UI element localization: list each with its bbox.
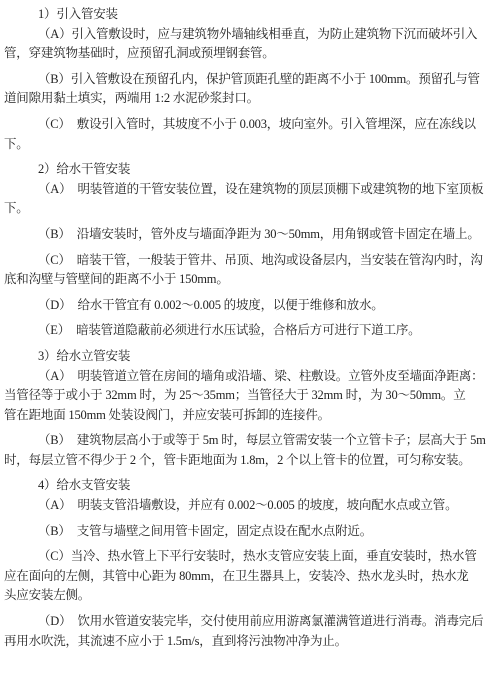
section-4-heading: 4）给水支管安装: [4, 476, 471, 496]
text-line: 下。: [4, 199, 471, 219]
text-line: （A） 明装支管沿墙敷设，并应有 0.002～0.005 的坡度，坡向配水点或立…: [4, 496, 471, 516]
text-line: 当管径等于或小于 32mm 时，为 25～35mm；当管径大于 32mm 时，为…: [4, 386, 471, 406]
paragraph-2B: （B） 沿墙安装时，管外皮与墙面净距为 30～50mm，用角钢或管卡固定在墙上。: [4, 225, 471, 245]
text-line: 头应安装左侧。: [4, 586, 471, 606]
text-line: （A） 明装管道的干管安装位置，设在建筑物的顶层顶棚下或建筑物的地下室顶板: [4, 180, 471, 200]
text-line: 应在面向的左侧，其管中心距为 80mm，在卫生器具上，安装冷、热水龙头时，热水龙: [4, 567, 471, 587]
text-line: 再用水吹洗，其流速不应小于 1.5m/s，直到将污浊物冲净为止。: [4, 632, 471, 652]
section-3-heading: 3）给水立管安装: [4, 347, 471, 367]
section-1-heading: 1）引入管安装: [4, 5, 471, 25]
text-line: 道间隙用黏土填实，两端用 1:2 水泥砂浆封口。: [4, 89, 471, 109]
document-page: 1）引入管安装 （A）引入管敷设时，应与建筑物外墙轴线相垂直，为防止建筑物下沉而…: [0, 0, 495, 690]
text-line: 管在距地面 150mm 处装设阀门，并应安装可拆卸的连接件。: [4, 406, 471, 426]
section-2-heading: 2）给水干管安装: [4, 160, 471, 180]
text-line: （C） 敷设引入管时，其坡度不小于 0.003，坡向室外。引入管埋深，应在冻线以: [4, 115, 471, 135]
text-line: 时，每层立管不得少于 2 个，管卡距地面为 1.8m，2 个以上管卡的位置，可匀…: [4, 451, 471, 471]
section-water-riser-installation: 3）给水立管安装 （A） 明装管道立管在房间的墙角或沿墙、梁、柱敷设。立管外皮至…: [4, 347, 471, 471]
paragraph-4A: （A） 明装支管沿墙敷设，并应有 0.002～0.005 的坡度，坡向配水点或立…: [4, 496, 471, 516]
text-line: （C） 暗装干管，一般装于管井、吊顶、地沟或设备层内，当安装在管沟内时，沟: [4, 251, 471, 271]
paragraph-1C: （C） 敷设引入管时，其坡度不小于 0.003，坡向室外。引入管埋深，应在冻线以…: [4, 115, 471, 154]
paragraph-4D: （D） 饮用水管道安装完毕，交付使用前应用游离氯灌满管道进行消毒。消毒完后 再用…: [4, 612, 471, 651]
text-line: （B） 沿墙安装时，管外皮与墙面净距为 30～50mm，用角钢或管卡固定在墙上。: [4, 225, 471, 245]
paragraph-2E: （E） 暗装管道隐蔽前必须进行水压试验，合格后方可进行下道工序。: [4, 321, 471, 341]
paragraph-2C: （C） 暗装干管，一般装于管井、吊顶、地沟或设备层内，当安装在管沟内时，沟 底和…: [4, 251, 471, 290]
paragraph-3B: （B） 建筑物层高小于或等于 5m 时，每层立管需安装一个立管卡子；层高大于 5…: [4, 431, 471, 470]
section-inlet-pipe-installation: 1）引入管安装 （A）引入管敷设时，应与建筑物外墙轴线相垂直，为防止建筑物下沉而…: [4, 5, 471, 154]
paragraph-3A: （A） 明装管道立管在房间的墙角或沿墙、梁、柱敷设。立管外皮至墙面净距离： 当管…: [4, 367, 471, 426]
section-water-branch-installation: 4）给水支管安装 （A） 明装支管沿墙敷设，并应有 0.002～0.005 的坡…: [4, 476, 471, 651]
text-line: 管，穿建筑物基础时，应预留孔洞或预埋钢套管。: [4, 44, 471, 64]
text-line: （B）引入管敷设在预留孔内，保护管顶距孔壁的距离不小于 100mm。预留孔与管: [4, 70, 471, 90]
paragraph-1A: （A）引入管敷设时，应与建筑物外墙轴线相垂直，为防止建筑物下沉而破坏引入 管，穿…: [4, 25, 471, 64]
text-line: （D） 给水干管宜有 0.002～0.005 的坡度，以便于维修和放水。: [4, 296, 471, 316]
paragraph-1B: （B）引入管敷设在预留孔内，保护管顶距孔壁的距离不小于 100mm。预留孔与管 …: [4, 70, 471, 109]
text-line: （B） 支管与墙壁之间用管卡固定，固定点设在配水点附近。: [4, 522, 471, 542]
text-line: （A） 明装管道立管在房间的墙角或沿墙、梁、柱敷设。立管外皮至墙面净距离：: [4, 367, 471, 387]
text-line: 底和沟壁与管壁间的距离不小于 150mm。: [4, 270, 471, 290]
text-line: （B） 建筑物层高小于或等于 5m 时，每层立管需安装一个立管卡子；层高大于 5…: [4, 431, 471, 451]
text-line: （C）当冷、热水管上下平行安装时，热水支管应安装上面，垂直安装时，热水管: [4, 547, 471, 567]
text-line: （A）引入管敷设时，应与建筑物外墙轴线相垂直，为防止建筑物下沉而破坏引入: [4, 25, 471, 45]
text-line: （E） 暗装管道隐蔽前必须进行水压试验，合格后方可进行下道工序。: [4, 321, 471, 341]
paragraph-4C: （C）当冷、热水管上下平行安装时，热水支管应安装上面，垂直安装时，热水管 应在面…: [4, 547, 471, 606]
paragraph-2A: （A） 明装管道的干管安装位置，设在建筑物的顶层顶棚下或建筑物的地下室顶板 下。: [4, 180, 471, 219]
text-line: 下。: [4, 135, 471, 155]
section-water-main-installation: 2）给水干管安装 （A） 明装管道的干管安装位置，设在建筑物的顶层顶棚下或建筑物…: [4, 160, 471, 341]
text-line: （D） 饮用水管道安装完毕，交付使用前应用游离氯灌满管道进行消毒。消毒完后: [4, 612, 471, 632]
paragraph-4B: （B） 支管与墙壁之间用管卡固定，固定点设在配水点附近。: [4, 522, 471, 542]
paragraph-2D: （D） 给水干管宜有 0.002～0.005 的坡度，以便于维修和放水。: [4, 296, 471, 316]
